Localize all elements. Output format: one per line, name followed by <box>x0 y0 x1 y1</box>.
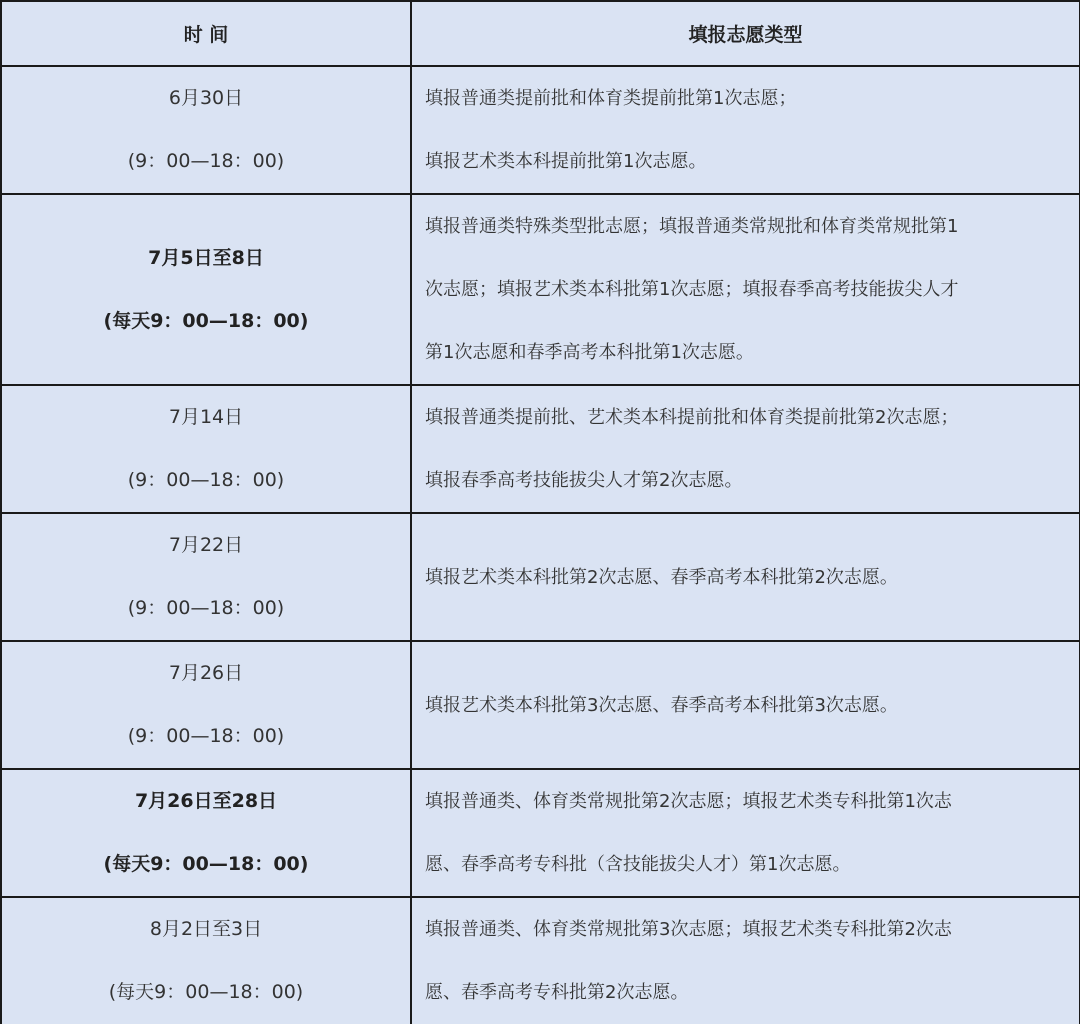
time-cell: 7月22日 (9：00—18：00) <box>1 513 411 641</box>
time-cell: 6月30日 (9：00—18：00) <box>1 66 411 194</box>
table-row: 8月2日至3日 (每天9：00—18：00) 填报普通类、体育类常规批第3次志愿… <box>1 897 1080 1024</box>
type-line: 填报普通类特殊类型批志愿；填报普通类常规批和体育类常规批第1 <box>425 195 1071 258</box>
date: 7月26日至28日 <box>2 770 410 833</box>
date: 7月14日 <box>2 386 410 449</box>
hours: (9：00—18：00) <box>2 577 410 640</box>
time-cell: 8月2日至3日 (每天9：00—18：00) <box>1 897 411 1024</box>
date: 6月30日 <box>2 67 410 130</box>
type-cell: 填报普通类提前批和体育类提前批第1次志愿； 填报艺术类本科提前批第1次志愿。 <box>411 66 1080 194</box>
table-row: 7月14日 (9：00—18：00) 填报普通类提前批、艺术类本科提前批和体育类… <box>1 385 1080 513</box>
hours: (9：00—18：00) <box>2 449 410 512</box>
hours: (每天9：00—18：00) <box>2 833 410 896</box>
type-cell: 填报普通类特殊类型批志愿；填报普通类常规批和体育类常规批第1 次志愿；填报艺术类… <box>411 194 1080 385</box>
time-cell: 7月5日至8日 (每天9：00—18：00) <box>1 194 411 385</box>
date: 7月5日至8日 <box>2 227 410 290</box>
table-row: 7月26日至28日 (每天9：00—18：00) 填报普通类、体育类常规批第2次… <box>1 769 1080 897</box>
table-row: 6月30日 (9：00—18：00) 填报普通类提前批和体育类提前批第1次志愿；… <box>1 66 1080 194</box>
hours: (9：00—18：00) <box>2 705 410 768</box>
type-line: 填报艺术类本科提前批第1次志愿。 <box>425 130 1071 193</box>
type-line: 愿、春季高考专科批（含技能拔尖人才）第1次志愿。 <box>425 833 1071 896</box>
table-row: 7月22日 (9：00—18：00) 填报艺术类本科批第2次志愿、春季高考本科批… <box>1 513 1080 641</box>
header-row: 时 间 填报志愿类型 <box>1 1 1080 66</box>
header-application-type: 填报志愿类型 <box>411 1 1080 66</box>
type-line: 填报普通类提前批、艺术类本科提前批和体育类提前批第2次志愿； <box>425 386 1071 449</box>
hours: (9：00—18：00) <box>2 130 410 193</box>
hours: (每天9：00—18：00) <box>2 290 410 353</box>
header-time: 时 间 <box>1 1 411 66</box>
type-line: 填报普通类提前批和体育类提前批第1次志愿； <box>425 67 1071 130</box>
type-cell: 填报艺术类本科批第3次志愿、春季高考本科批第3次志愿。 <box>411 641 1080 769</box>
table-row: 7月26日 (9：00—18：00) 填报艺术类本科批第3次志愿、春季高考本科批… <box>1 641 1080 769</box>
type-line: 次志愿；填报艺术类本科批第1次志愿；填报春季高考技能拔尖人才 <box>425 258 1071 321</box>
application-schedule-table: 时 间 填报志愿类型 6月30日 (9：00—18：00) 填报普通类提前批和体… <box>0 0 1080 1024</box>
date: 7月22日 <box>2 514 410 577</box>
type-line: 填报艺术类本科批第3次志愿、春季高考本科批第3次志愿。 <box>425 674 1071 737</box>
hours: (每天9：00—18：00) <box>2 961 410 1024</box>
type-line: 愿、春季高考专科批第2次志愿。 <box>425 961 1071 1024</box>
type-line: 填报艺术类本科批第2次志愿、春季高考本科批第2次志愿。 <box>425 546 1071 609</box>
type-cell: 填报普通类、体育类常规批第2次志愿；填报艺术类专科批第1次志 愿、春季高考专科批… <box>411 769 1080 897</box>
type-line: 第1次志愿和春季高考本科批第1次志愿。 <box>425 321 1071 384</box>
time-cell: 7月26日至28日 (每天9：00—18：00) <box>1 769 411 897</box>
type-cell: 填报普通类、体育类常规批第3次志愿；填报艺术类专科批第2次志 愿、春季高考专科批… <box>411 897 1080 1024</box>
time-cell: 7月26日 (9：00—18：00) <box>1 641 411 769</box>
type-line: 填报普通类、体育类常规批第2次志愿；填报艺术类专科批第1次志 <box>425 770 1071 833</box>
table-row: 7月5日至8日 (每天9：00—18：00) 填报普通类特殊类型批志愿；填报普通… <box>1 194 1080 385</box>
date: 7月26日 <box>2 642 410 705</box>
date: 8月2日至3日 <box>2 898 410 961</box>
time-cell: 7月14日 (9：00—18：00) <box>1 385 411 513</box>
type-line: 填报春季高考技能拔尖人才第2次志愿。 <box>425 449 1071 512</box>
type-cell: 填报普通类提前批、艺术类本科提前批和体育类提前批第2次志愿； 填报春季高考技能拔… <box>411 385 1080 513</box>
type-line: 填报普通类、体育类常规批第3次志愿；填报艺术类专科批第2次志 <box>425 898 1071 961</box>
type-cell: 填报艺术类本科批第2次志愿、春季高考本科批第2次志愿。 <box>411 513 1080 641</box>
